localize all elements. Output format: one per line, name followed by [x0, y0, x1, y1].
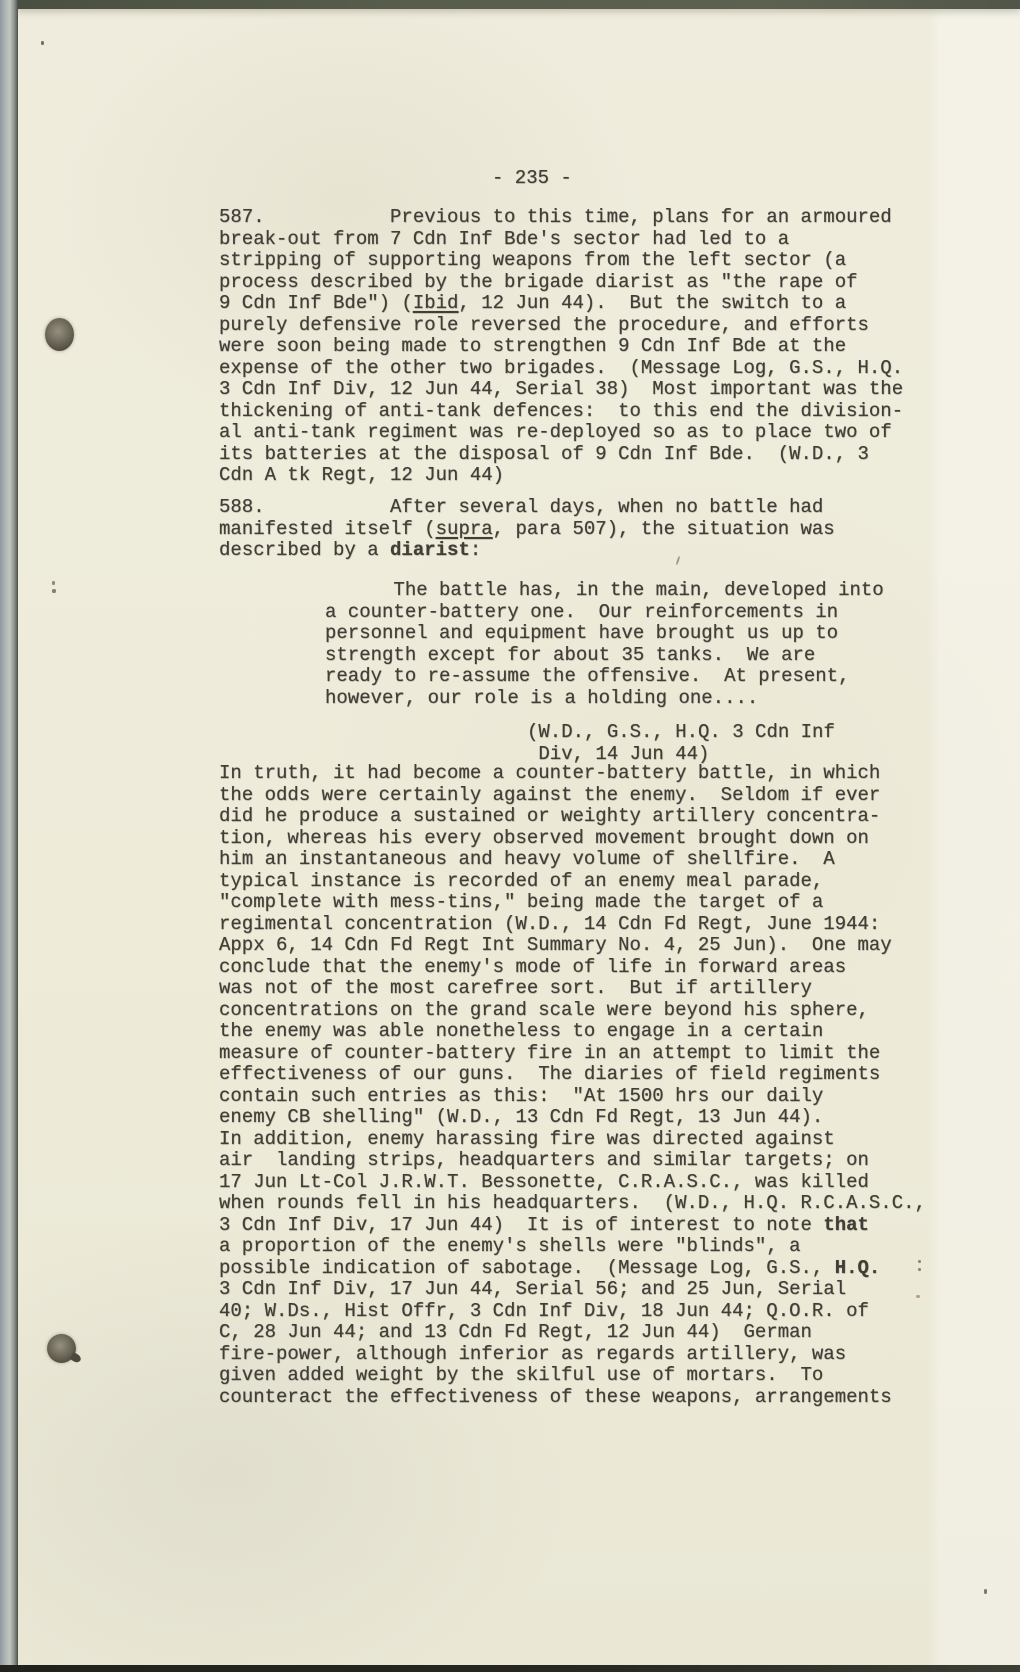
text-line: was not of the most carefree sort. But i… — [219, 978, 926, 1000]
text-line: given added weight by the skilful use of… — [219, 1365, 926, 1387]
text-line: ready to re-assume the offensive. At pre… — [325, 666, 884, 688]
text-line: fire-power, although inferior as regards… — [219, 1344, 926, 1366]
page-number: - 235 - — [492, 168, 572, 190]
text-line: him an instantaneous and heavy volume of… — [219, 849, 926, 871]
text-line: enemy CB shelling" (W.D., 13 Cdn Fd Regt… — [219, 1107, 926, 1129]
text-line: (W.D., G.S., H.Q. 3 Cdn Inf — [527, 722, 835, 744]
scan-edge-bottom — [0, 1665, 1020, 1672]
text-line: personnel and equipment have brought us … — [325, 623, 884, 645]
text-line: counteract the effectiveness of these we… — [219, 1387, 926, 1409]
text-line: effectiveness of our guns. The diaries o… — [219, 1064, 926, 1086]
text-line: break-out from 7 Cdn Inf Bde's sector ha… — [219, 229, 903, 251]
text-line: 587. Previous to this time, plans for an… — [219, 207, 903, 229]
text-line: process described by the brigade diarist… — [219, 272, 903, 294]
text-line: expense of the other two brigades. (Mess… — [219, 358, 903, 380]
text-line: its batteries at the disposal of 9 Cdn I… — [219, 444, 903, 466]
text-line: Cdn A tk Regt, 12 Jun 44) — [219, 465, 903, 487]
text-line: 40; W.Ds., Hist Offr, 3 Cdn Inf Div, 18 … — [219, 1301, 926, 1323]
text-line: measure of counter-battery fire in an at… — [219, 1043, 926, 1065]
text-line: contain such entries as this: "At 1500 h… — [219, 1086, 926, 1108]
text-line: C, 28 Jun 44; and 13 Cdn Fd Regt, 12 Jun… — [219, 1322, 926, 1344]
scanned-document-page: - 235 - 587. Previous to this time, plan… — [0, 0, 1020, 1672]
scan-speck — [52, 581, 55, 585]
text-line: air landing strips, headquarters and sim… — [219, 1150, 926, 1172]
text-line: 3 Cdn Inf Div, 17 Jun 44) It is of inter… — [219, 1215, 926, 1237]
text-line: tion, whereas his every observed movemen… — [219, 828, 926, 850]
text-line: al anti-tank regiment was re-deployed so… — [219, 422, 903, 444]
text-line: thickening of anti-tank defences: to thi… — [219, 401, 903, 423]
text-line: regimental concentration (W.D., 14 Cdn F… — [219, 914, 926, 936]
text-line: the enemy was able nonetheless to engage… — [219, 1021, 926, 1043]
paragraph-588-intro: 588. After several days, when no battle … — [219, 497, 835, 562]
hole-punch-bottom-icon — [47, 1334, 76, 1363]
text-line: 3 Cdn Inf Div, 12 Jun 44, Serial 38) Mos… — [219, 379, 903, 401]
text-line: 17 Jun Lt-Col J.R.W.T. Bessonette, C.R.A… — [219, 1172, 926, 1194]
scan-edge-left — [0, 0, 18, 1672]
text-line: "complete with mess-tins," being made th… — [219, 892, 926, 914]
text-line: In truth, it had become a counter-batter… — [219, 763, 926, 785]
scan-speck — [52, 589, 56, 593]
paragraph-588-body: In truth, it had become a counter-batter… — [219, 763, 926, 1408]
scan-edge-top — [16, 0, 1020, 9]
paragraph-587: 587. Previous to this time, plans for an… — [219, 207, 903, 487]
text-line: In addition, enemy harassing fire was di… — [219, 1129, 926, 1151]
text-line: however, our role is a holding one.... — [325, 688, 884, 710]
quote-citation: (W.D., G.S., H.Q. 3 Cdn Inf Div, 14 Jun … — [527, 722, 835, 765]
text-line: stripping of supporting weapons from the… — [219, 250, 903, 272]
text-line: manifested itself (supra, para 507), the… — [219, 519, 835, 541]
hole-punch-top-icon — [45, 318, 74, 351]
text-line: typical instance is recorded of an enemy… — [219, 871, 926, 893]
text-line: 588. After several days, when no battle … — [219, 497, 835, 519]
text-line: were soon being made to strengthen 9 Cdn… — [219, 336, 903, 358]
text-line: concentrations on the grand scale were b… — [219, 1000, 926, 1022]
text-line: 9 Cdn Inf Bde") (Ibid, 12 Jun 44). But t… — [219, 293, 903, 315]
text-line: Appx 6, 14 Cdn Fd Regt Int Summary No. 4… — [219, 935, 926, 957]
block-quote: The battle has, in the main, developed i… — [325, 580, 884, 709]
text-line: conclude that the enemy's mode of life i… — [219, 957, 926, 979]
text-line: purely defensive role reversed the proce… — [219, 315, 903, 337]
text-line: a counter-battery one. Our reinforcement… — [325, 602, 884, 624]
scan-speck — [984, 1589, 987, 1594]
scan-speck — [41, 41, 44, 45]
text-line: described by a diarist: — [219, 540, 835, 562]
text-line: 3 Cdn Inf Div, 17 Jun 44, Serial 56; and… — [219, 1279, 926, 1301]
text-line: The battle has, in the main, developed i… — [325, 580, 884, 602]
text-line: strength except for about 35 tanks. We a… — [325, 645, 884, 667]
text-line: when rounds fell in his headquarters. (W… — [219, 1193, 926, 1215]
text-line: a proportion of the enemy's shells were … — [219, 1236, 926, 1258]
text-line: the odds were certainly against the enem… — [219, 785, 926, 807]
text-line: did he produce a sustained or weighty ar… — [219, 806, 926, 828]
text-line: possible indication of sabotage. (Messag… — [219, 1258, 926, 1280]
